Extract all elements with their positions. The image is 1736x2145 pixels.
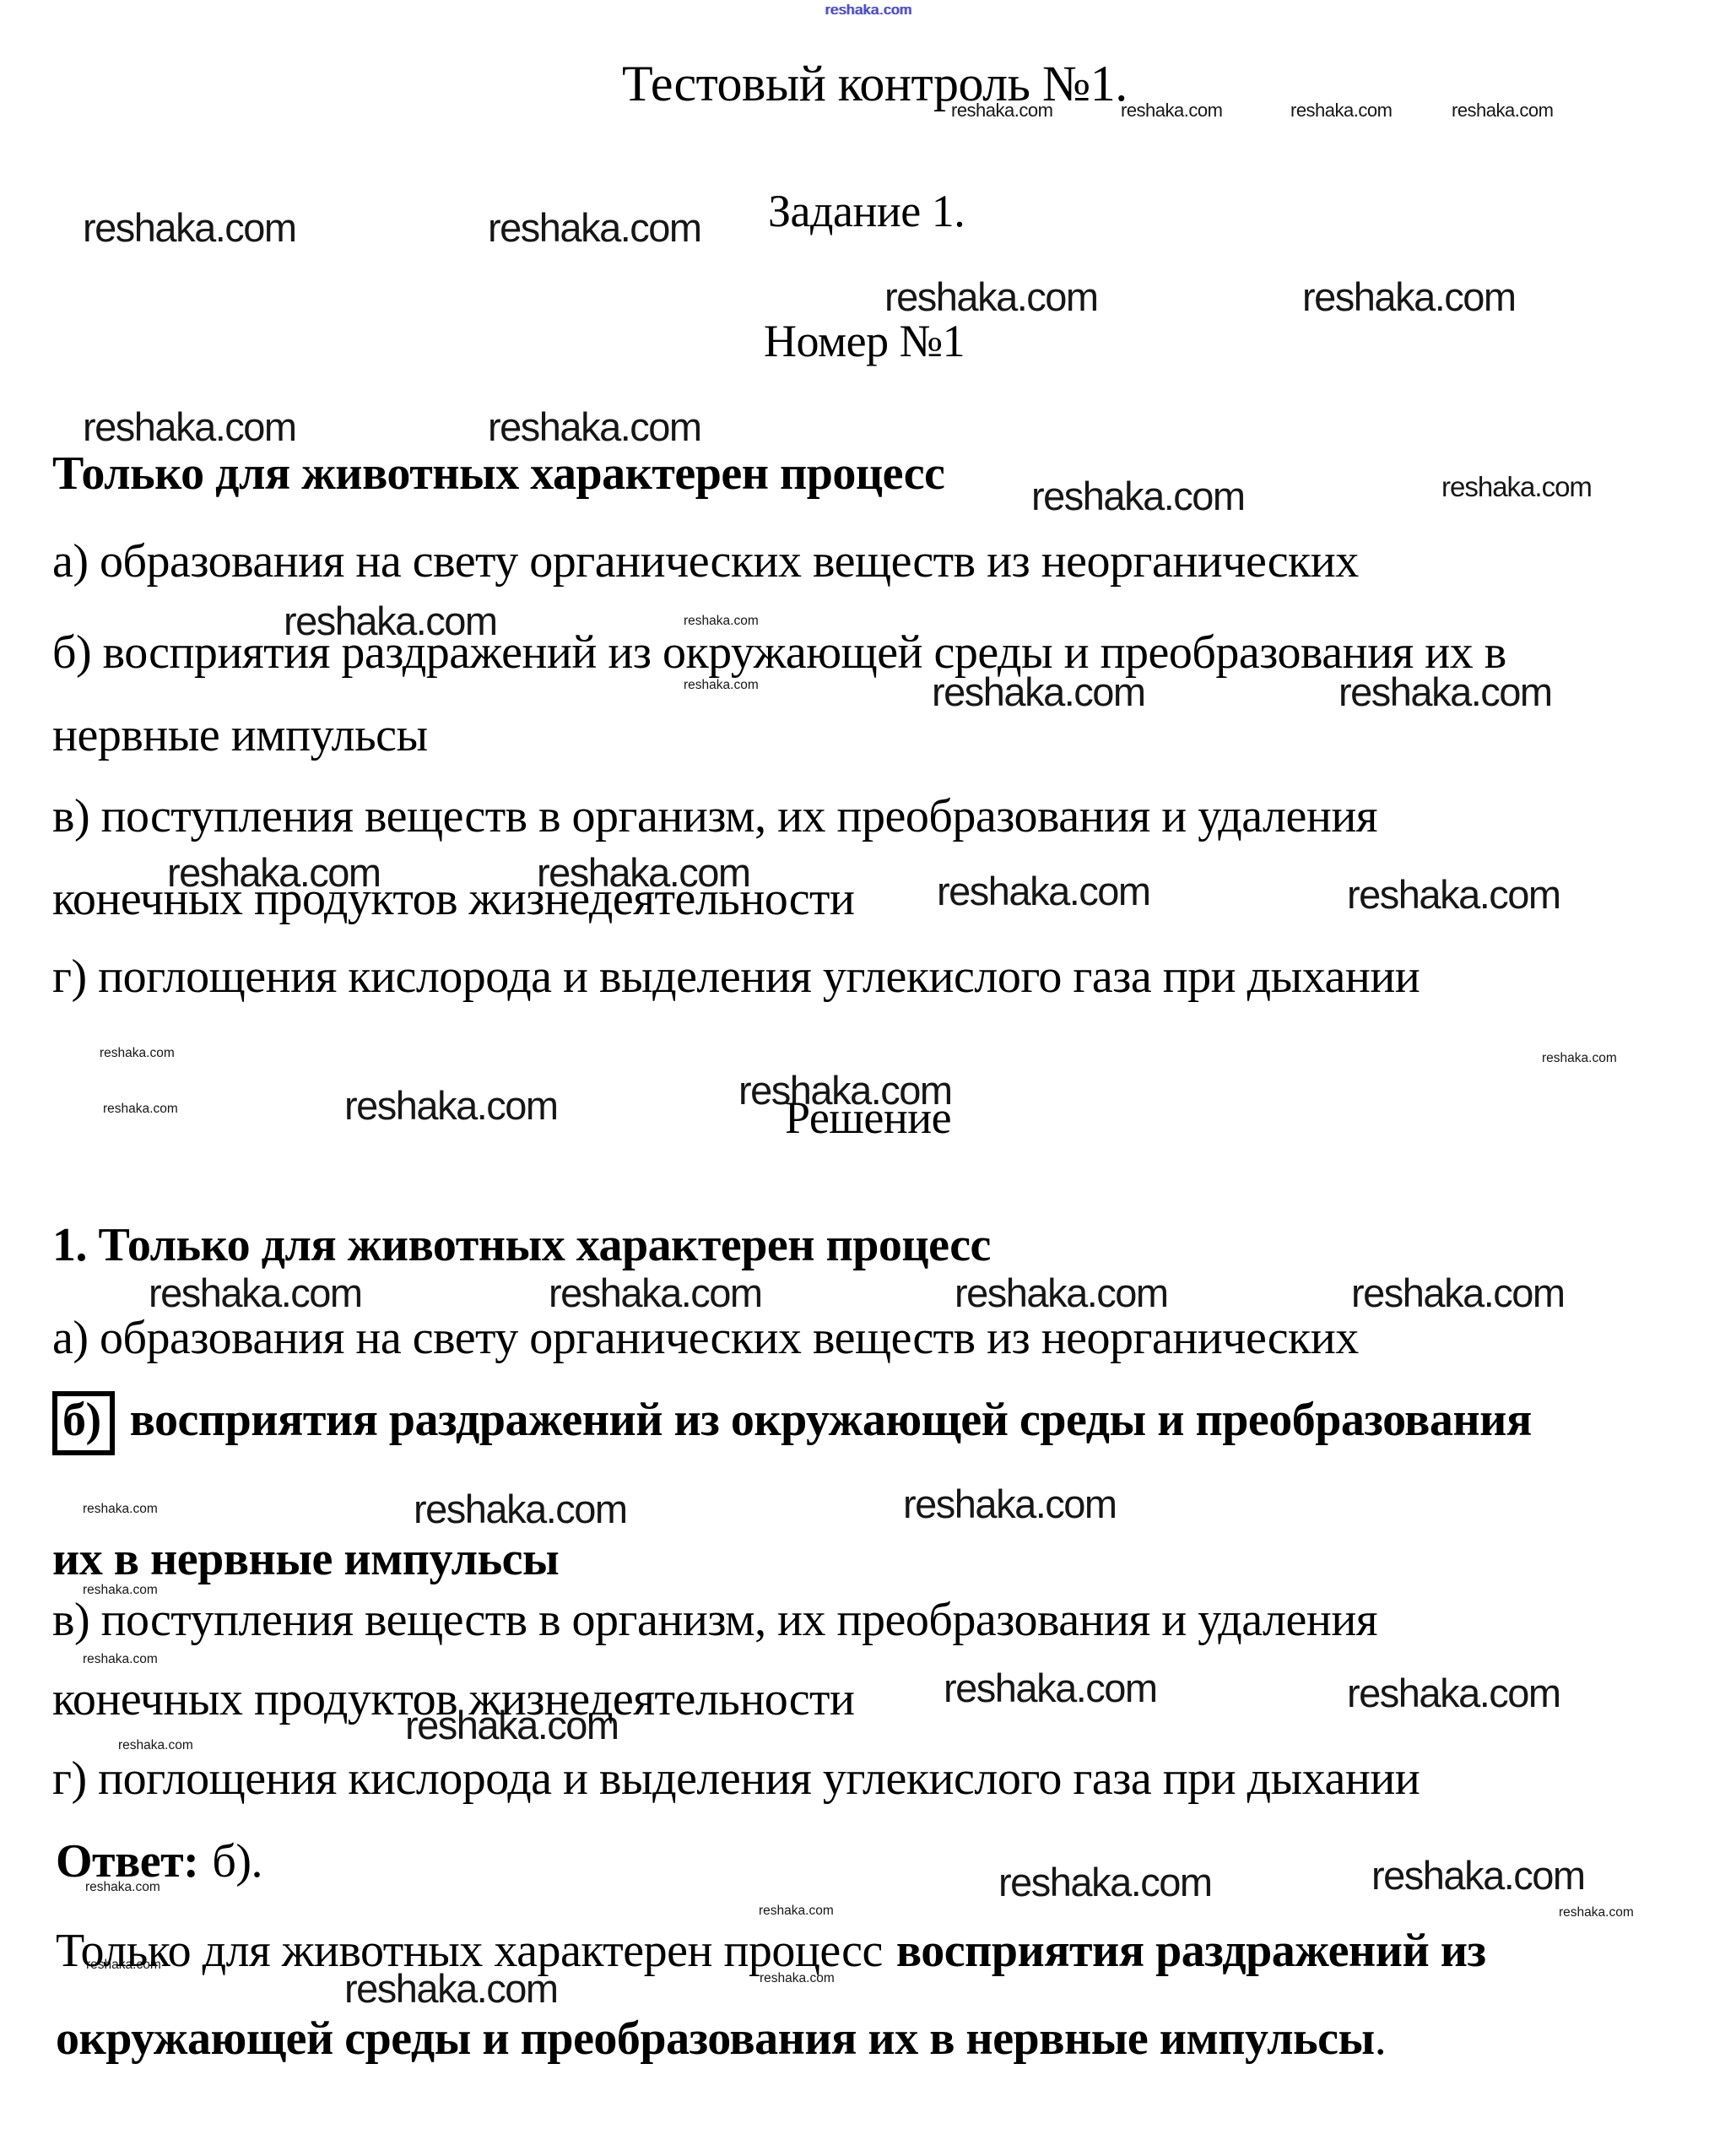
watermark-text: reshaka.com [1121, 101, 1222, 120]
task-option-v-line1: в) поступления веществ в организм, их пр… [52, 792, 1377, 842]
watermark-text: reshaka.com [149, 1273, 362, 1313]
answer-value: б). [212, 1837, 262, 1887]
watermark-text: reshaka.com [1290, 101, 1392, 120]
watermark-text: reshaka.com [884, 277, 1098, 317]
solution-option-b-line2: их в нервные импульсы [52, 1535, 559, 1584]
watermark-text: reshaka.com [549, 1273, 762, 1313]
solution-option-v-line2: конечных продуктов жизнедеятельности [52, 1675, 855, 1725]
watermark-text: reshaka.com [488, 407, 701, 447]
task-option-b-line2: нервные импульсы [52, 711, 428, 761]
solution-option-g: г) поглощения кислорода и выделения угле… [52, 1754, 1420, 1804]
watermark-text: reshaka.com [1559, 1906, 1634, 1920]
conclusion-line2-period: . [1375, 2012, 1387, 2065]
conclusion-line1-bold: восприятия раздражений из [896, 1926, 1486, 1976]
watermark-text: reshaka.com [488, 208, 701, 247]
solution-option-b: б)восприятия раздражений из окружающей с… [52, 1391, 1532, 1455]
answer-marker-box: б) [52, 1391, 115, 1455]
document-page: reshaka.comreshaka.comreshaka.comreshaka… [0, 0, 1736, 2145]
conclusion-line1: Только для животных характерен процессво… [56, 1926, 1486, 1976]
watermark-text: reshaka.com [998, 1862, 1212, 1902]
watermark-text: reshaka.com [414, 1489, 627, 1529]
solution-option-b-bold: восприятия раздражений из окружающей сре… [130, 1394, 1532, 1446]
answer-label: Ответ: [56, 1835, 198, 1888]
watermark-text: reshaka.com [83, 1503, 158, 1516]
watermark-text: reshaka.com [344, 1086, 558, 1125]
watermark-text: reshaka.com [944, 1668, 1157, 1708]
watermark-text: reshaka.com [1452, 101, 1553, 120]
answer-line: Ответ:б). [56, 1837, 262, 1887]
solution-option-a: а) образования на свету органических вещ… [52, 1314, 1359, 1363]
watermark-text: reshaka.com [100, 1047, 175, 1060]
task-option-b-line1: б) восприятия раздражений из окружающей … [52, 628, 1506, 678]
watermark-text: reshaka.com [1031, 476, 1245, 516]
page-title: Тестовый контроль №1. [622, 57, 1128, 111]
watermark-text: reshaka.com [83, 407, 296, 447]
watermark-text: reshaka.com [83, 208, 296, 247]
watermark-text: reshaka.com [1347, 1673, 1560, 1713]
task-heading: Задание 1. [768, 187, 965, 236]
task-question: Только для животных характерен процесс [52, 449, 944, 499]
watermark-text: reshaka.com [1302, 277, 1516, 317]
watermark-text: reshaka.com [759, 1904, 834, 1918]
solution-question: 1. Только для животных характерен процес… [52, 1221, 991, 1270]
watermark-text: reshaka.com [937, 871, 1150, 911]
watermark-text: reshaka.com [1347, 875, 1560, 914]
watermark-text: reshaka.com [1371, 1855, 1585, 1895]
task-option-v-line2: конечных продуктов жизнедеятельности [52, 875, 855, 924]
solution-heading: Решение [785, 1094, 951, 1142]
watermark-text: reshaka.com [103, 1102, 178, 1116]
task-option-a: а) образования на свету органических вещ… [52, 537, 1359, 587]
watermark-text: reshaka.com [903, 1484, 1117, 1524]
task-option-g: г) поглощения кислорода и выделения угле… [52, 952, 1420, 1002]
conclusion-line1-regular: Только для животных характерен процесс [56, 1925, 883, 1977]
watermark-text: reshaka.com [1542, 1052, 1617, 1065]
watermark-text: reshaka.com [1351, 1273, 1565, 1313]
watermark-text: reshaka.com [1441, 473, 1592, 501]
watermark-text: reshaka.com [83, 1653, 158, 1666]
task-number: Номер №1 [764, 317, 965, 366]
watermark-text: reshaka.com [118, 1739, 193, 1752]
conclusion-line2-bold: окружающей среды и преобразования их в н… [56, 2012, 1375, 2065]
solution-option-v-line1: в) поступления веществ в организм, их пр… [52, 1595, 1377, 1645]
watermark-text: reshaka.com [684, 679, 759, 692]
conclusion-line2: окружающей среды и преобразования их в н… [56, 2014, 1386, 2064]
watermark-text: reshaka.com [955, 1273, 1168, 1313]
watermark-blue: reshaka.com [825, 3, 912, 17]
